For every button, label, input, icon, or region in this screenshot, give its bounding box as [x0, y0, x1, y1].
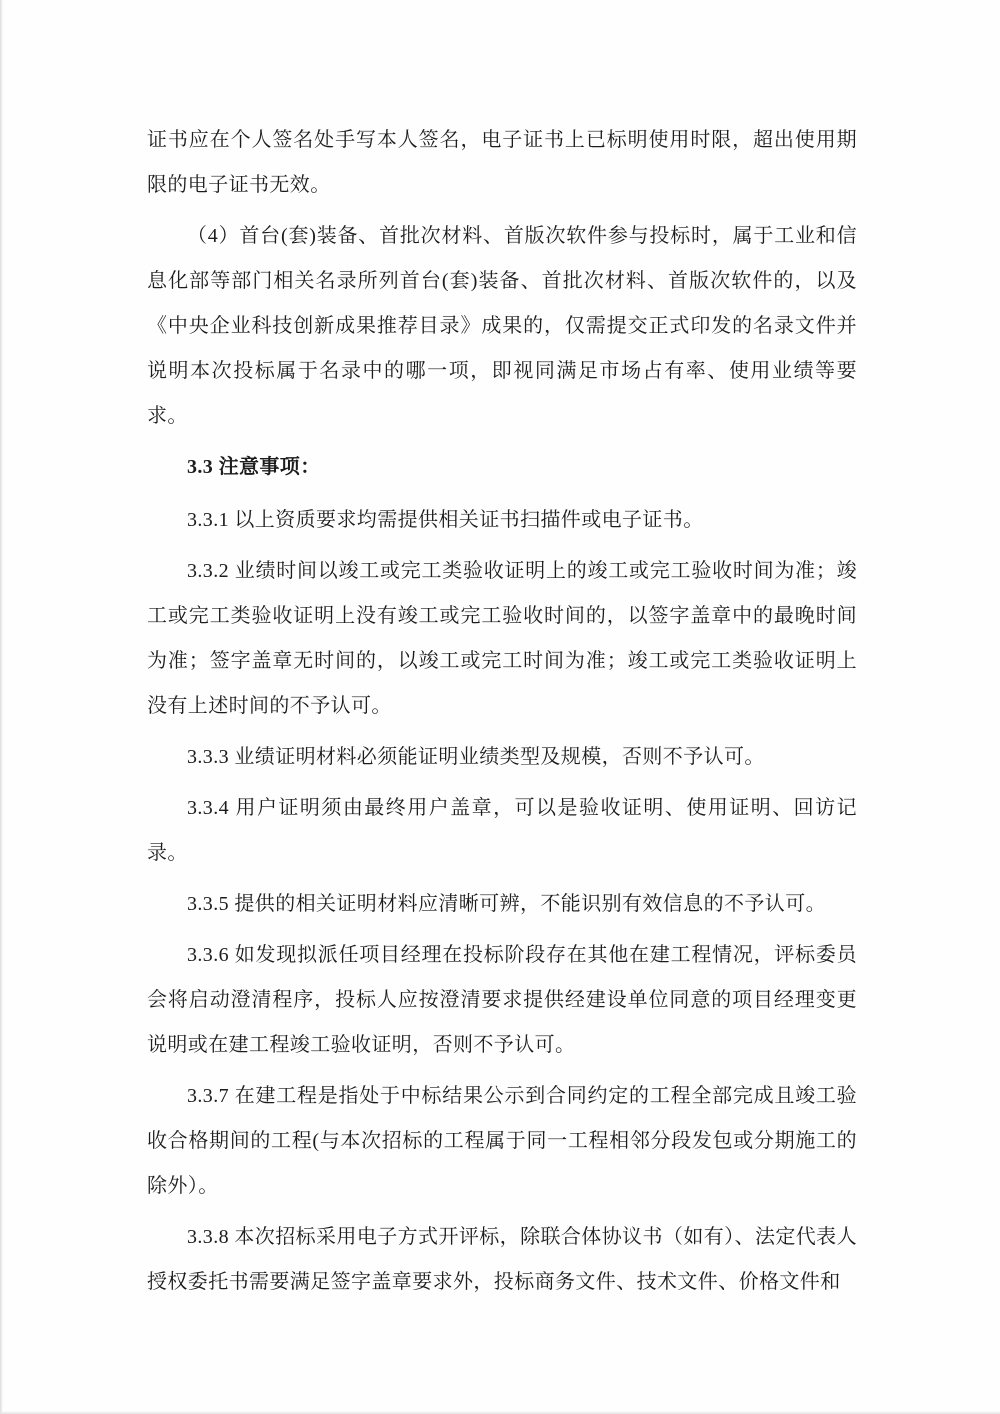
document-content: 证书应在个人签名处手写本人签名，电子证书上已标明使用时限，超出使用期限的电子证书… — [147, 118, 857, 1311]
clause-3-3-1: 3.3.1 以上资质要求均需提供相关证书扫描件或电子证书。 — [147, 498, 857, 543]
clause-3-3-3: 3.3.3 业绩证明材料必须能证明业绩类型及规模，否则不予认可。 — [147, 735, 857, 780]
scan-edge-left — [0, 0, 3, 1414]
document-page: 证书应在个人签名处手写本人签名，电子证书上已标明使用时限，超出使用期限的电子证书… — [0, 0, 1000, 1414]
clause-3-3-7: 3.3.7 在建工程是指处于中标结果公示到合同约定的工程全部完成且竣工验收合格期… — [147, 1074, 857, 1209]
paragraph-item-4-first-set-equipment: （4）首台(套)装备、首批次材料、首版次软件参与投标时，属于工业和信息化部等部门… — [147, 214, 857, 439]
paragraph-certificate-validity: 证书应在个人签名处手写本人签名，电子证书上已标明使用时限，超出使用期限的电子证书… — [147, 118, 857, 208]
clause-3-3-2: 3.3.2 业绩时间以竣工或完工类验收证明上的竣工或完工验收时间为准；竣工或完工… — [147, 549, 857, 729]
clause-3-3-6: 3.3.6 如发现拟派任项目经理在投标阶段存在其他在建工程情况，评标委员会将启动… — [147, 933, 857, 1068]
clause-3-3-5: 3.3.5 提供的相关证明材料应清晰可辨，不能识别有效信息的不予认可。 — [147, 882, 857, 927]
clause-3-3-8: 3.3.8 本次招标采用电子方式开评标，除联合体协议书（如有）、法定代表人授权委… — [147, 1215, 857, 1305]
heading-3-3-notes: 3.3 注意事项： — [147, 445, 857, 490]
clause-3-3-4: 3.3.4 用户证明须由最终用户盖章，可以是验收证明、使用证明、回访记录。 — [147, 786, 857, 876]
